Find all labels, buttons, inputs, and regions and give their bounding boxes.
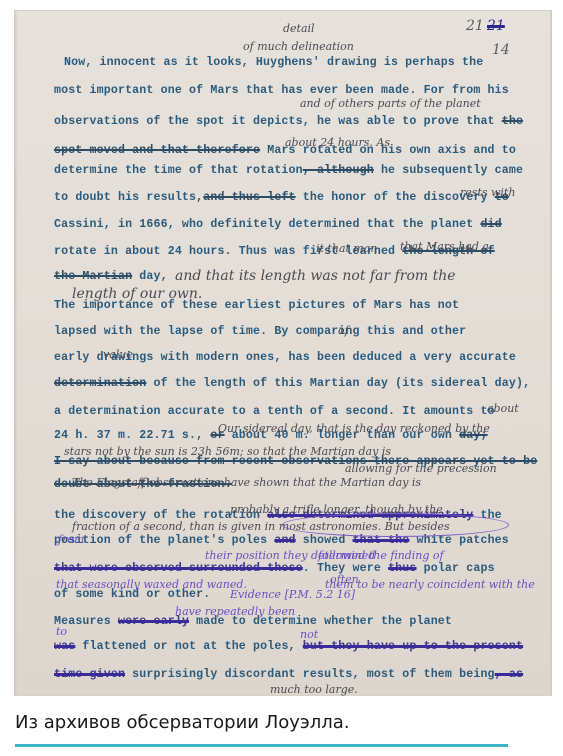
handwritten-note: to bbox=[56, 625, 67, 638]
typed-line: observations of the spot it depicts, he … bbox=[54, 115, 523, 128]
handwritten-note: about bbox=[487, 402, 519, 415]
typed-text: most important one of Mars that has ever… bbox=[54, 84, 509, 97]
typed-text: he subsequently came bbox=[374, 164, 523, 177]
handwritten-note: and of others parts of the planet bbox=[300, 97, 481, 110]
handwritten-note: much too large. bbox=[270, 683, 358, 696]
typed-line: to doubt his results,and thus left the h… bbox=[54, 191, 509, 204]
caption-divider bbox=[15, 744, 508, 747]
struck-text: , although bbox=[303, 164, 374, 177]
typed-line: Now, innocent as it looks, Huyghens' dra… bbox=[64, 56, 483, 69]
handwritten-note: followed the finding of bbox=[318, 549, 444, 562]
typed-text: day, bbox=[132, 270, 168, 283]
typed-text: polar caps bbox=[417, 562, 495, 575]
typed-text: observations of the spot it depicts, he … bbox=[54, 115, 502, 128]
typed-line: Cassini, in 1666, who definitely determi… bbox=[54, 218, 502, 231]
struck-text: did bbox=[480, 218, 501, 231]
typed-line: a determination accurate to a tenth of a… bbox=[54, 405, 495, 418]
handwritten-note: often bbox=[330, 573, 359, 586]
handwritten-note: that Mars had a bbox=[400, 240, 489, 253]
typed-line: determination of the length of this Mart… bbox=[54, 377, 530, 390]
circled-deletion bbox=[282, 513, 509, 537]
page-number-second: 14 bbox=[492, 42, 510, 58]
struck-text: determination bbox=[54, 377, 146, 390]
handwritten-note: rests with bbox=[460, 186, 515, 199]
typed-text: a determination accurate to a tenth of a… bbox=[54, 405, 495, 418]
typed-line: most important one of Mars that has ever… bbox=[54, 84, 509, 97]
typed-line: determine the time of that rotation, alt… bbox=[54, 164, 523, 177]
handwritten-note: that seasonally waxed and waned. bbox=[56, 578, 247, 591]
typed-line: that were observed surrounded these. The… bbox=[54, 562, 495, 575]
page-number-struck: 21 bbox=[487, 18, 505, 34]
struck-text: the Martian bbox=[54, 270, 132, 283]
handwritten-note: from bbox=[58, 533, 84, 546]
handwritten-note: of much delineation bbox=[243, 40, 354, 53]
handwritten-note: stars not by the sun is 23h 56m; so that… bbox=[64, 445, 391, 458]
handwritten-note: detail bbox=[283, 22, 315, 35]
handwritten-note: length of our own. bbox=[72, 286, 202, 302]
photo-caption: Из архивов обсерватории Лоуэлла. bbox=[15, 712, 350, 733]
typed-text: lapsed with the lapse of time. By compar… bbox=[54, 325, 466, 338]
archival-document-photo: 21 21 14 Now, innocent as it looks, Huyg… bbox=[0, 0, 563, 700]
struck-text: the bbox=[502, 115, 523, 128]
handwritten-note: Evidence [P.M. 5.2 16] bbox=[230, 588, 355, 601]
handwritten-note: have repeatedly been bbox=[175, 605, 295, 618]
typed-text: position of the planet's poles bbox=[54, 534, 274, 547]
typed-text: Now, innocent as it looks, Huyghens' dra… bbox=[64, 56, 483, 69]
typed-text: Cassini, in 1666, who definitely determi… bbox=[54, 218, 480, 231]
typed-line: was flattened or not at the poles, but t… bbox=[54, 640, 523, 653]
typed-text: determine the time of that rotation bbox=[54, 164, 303, 177]
struck-text: thus bbox=[388, 562, 416, 575]
struck-text: spot moved and that therefore bbox=[54, 144, 260, 157]
handwritten-note: Our sidereal day, that is the day reckon… bbox=[218, 422, 490, 435]
handwritten-note: and that its length was not far from the bbox=[175, 268, 456, 284]
handwritten-note: allowing for the precession bbox=[345, 462, 497, 475]
typed-line: lapsed with the lapse of time. By compar… bbox=[54, 325, 466, 338]
handwritten-note: value bbox=[103, 348, 133, 361]
typed-line: the Martian day, bbox=[54, 270, 168, 283]
handwritten-note: about 24 hours. As bbox=[285, 136, 390, 149]
struck-text: and thus left bbox=[203, 191, 295, 204]
typed-text: of the length of this Martian day (its s… bbox=[146, 377, 530, 390]
handwritten-note: The Flagstaff observations have shown th… bbox=[72, 476, 421, 489]
struck-text: time given bbox=[54, 668, 125, 681]
typed-line: time given surprisingly discordant resul… bbox=[54, 668, 523, 681]
page-number-current: 21 bbox=[466, 18, 484, 34]
handwritten-note: of bbox=[338, 324, 349, 337]
typed-text: showed bbox=[296, 534, 353, 547]
struck-text: and bbox=[274, 534, 295, 547]
struck-text: but they have up to the present bbox=[303, 640, 523, 653]
struck-text: that were observed surrounded these bbox=[54, 562, 303, 575]
typed-text: flattened or not at the poles, bbox=[75, 640, 302, 653]
typed-text: 24 h. 37 m. 22.71 s., bbox=[54, 429, 210, 442]
struck-text: , as bbox=[495, 668, 523, 681]
typewritten-manuscript-page: 21 21 14 Now, innocent as it looks, Huyg… bbox=[14, 10, 551, 696]
typed-text: surprisingly discordant results, most of… bbox=[125, 668, 495, 681]
handwritten-note: not bbox=[300, 628, 318, 641]
struck-text: was bbox=[54, 640, 75, 653]
typed-text: to doubt his results, bbox=[54, 191, 203, 204]
handwritten-note: it that man bbox=[316, 242, 378, 255]
